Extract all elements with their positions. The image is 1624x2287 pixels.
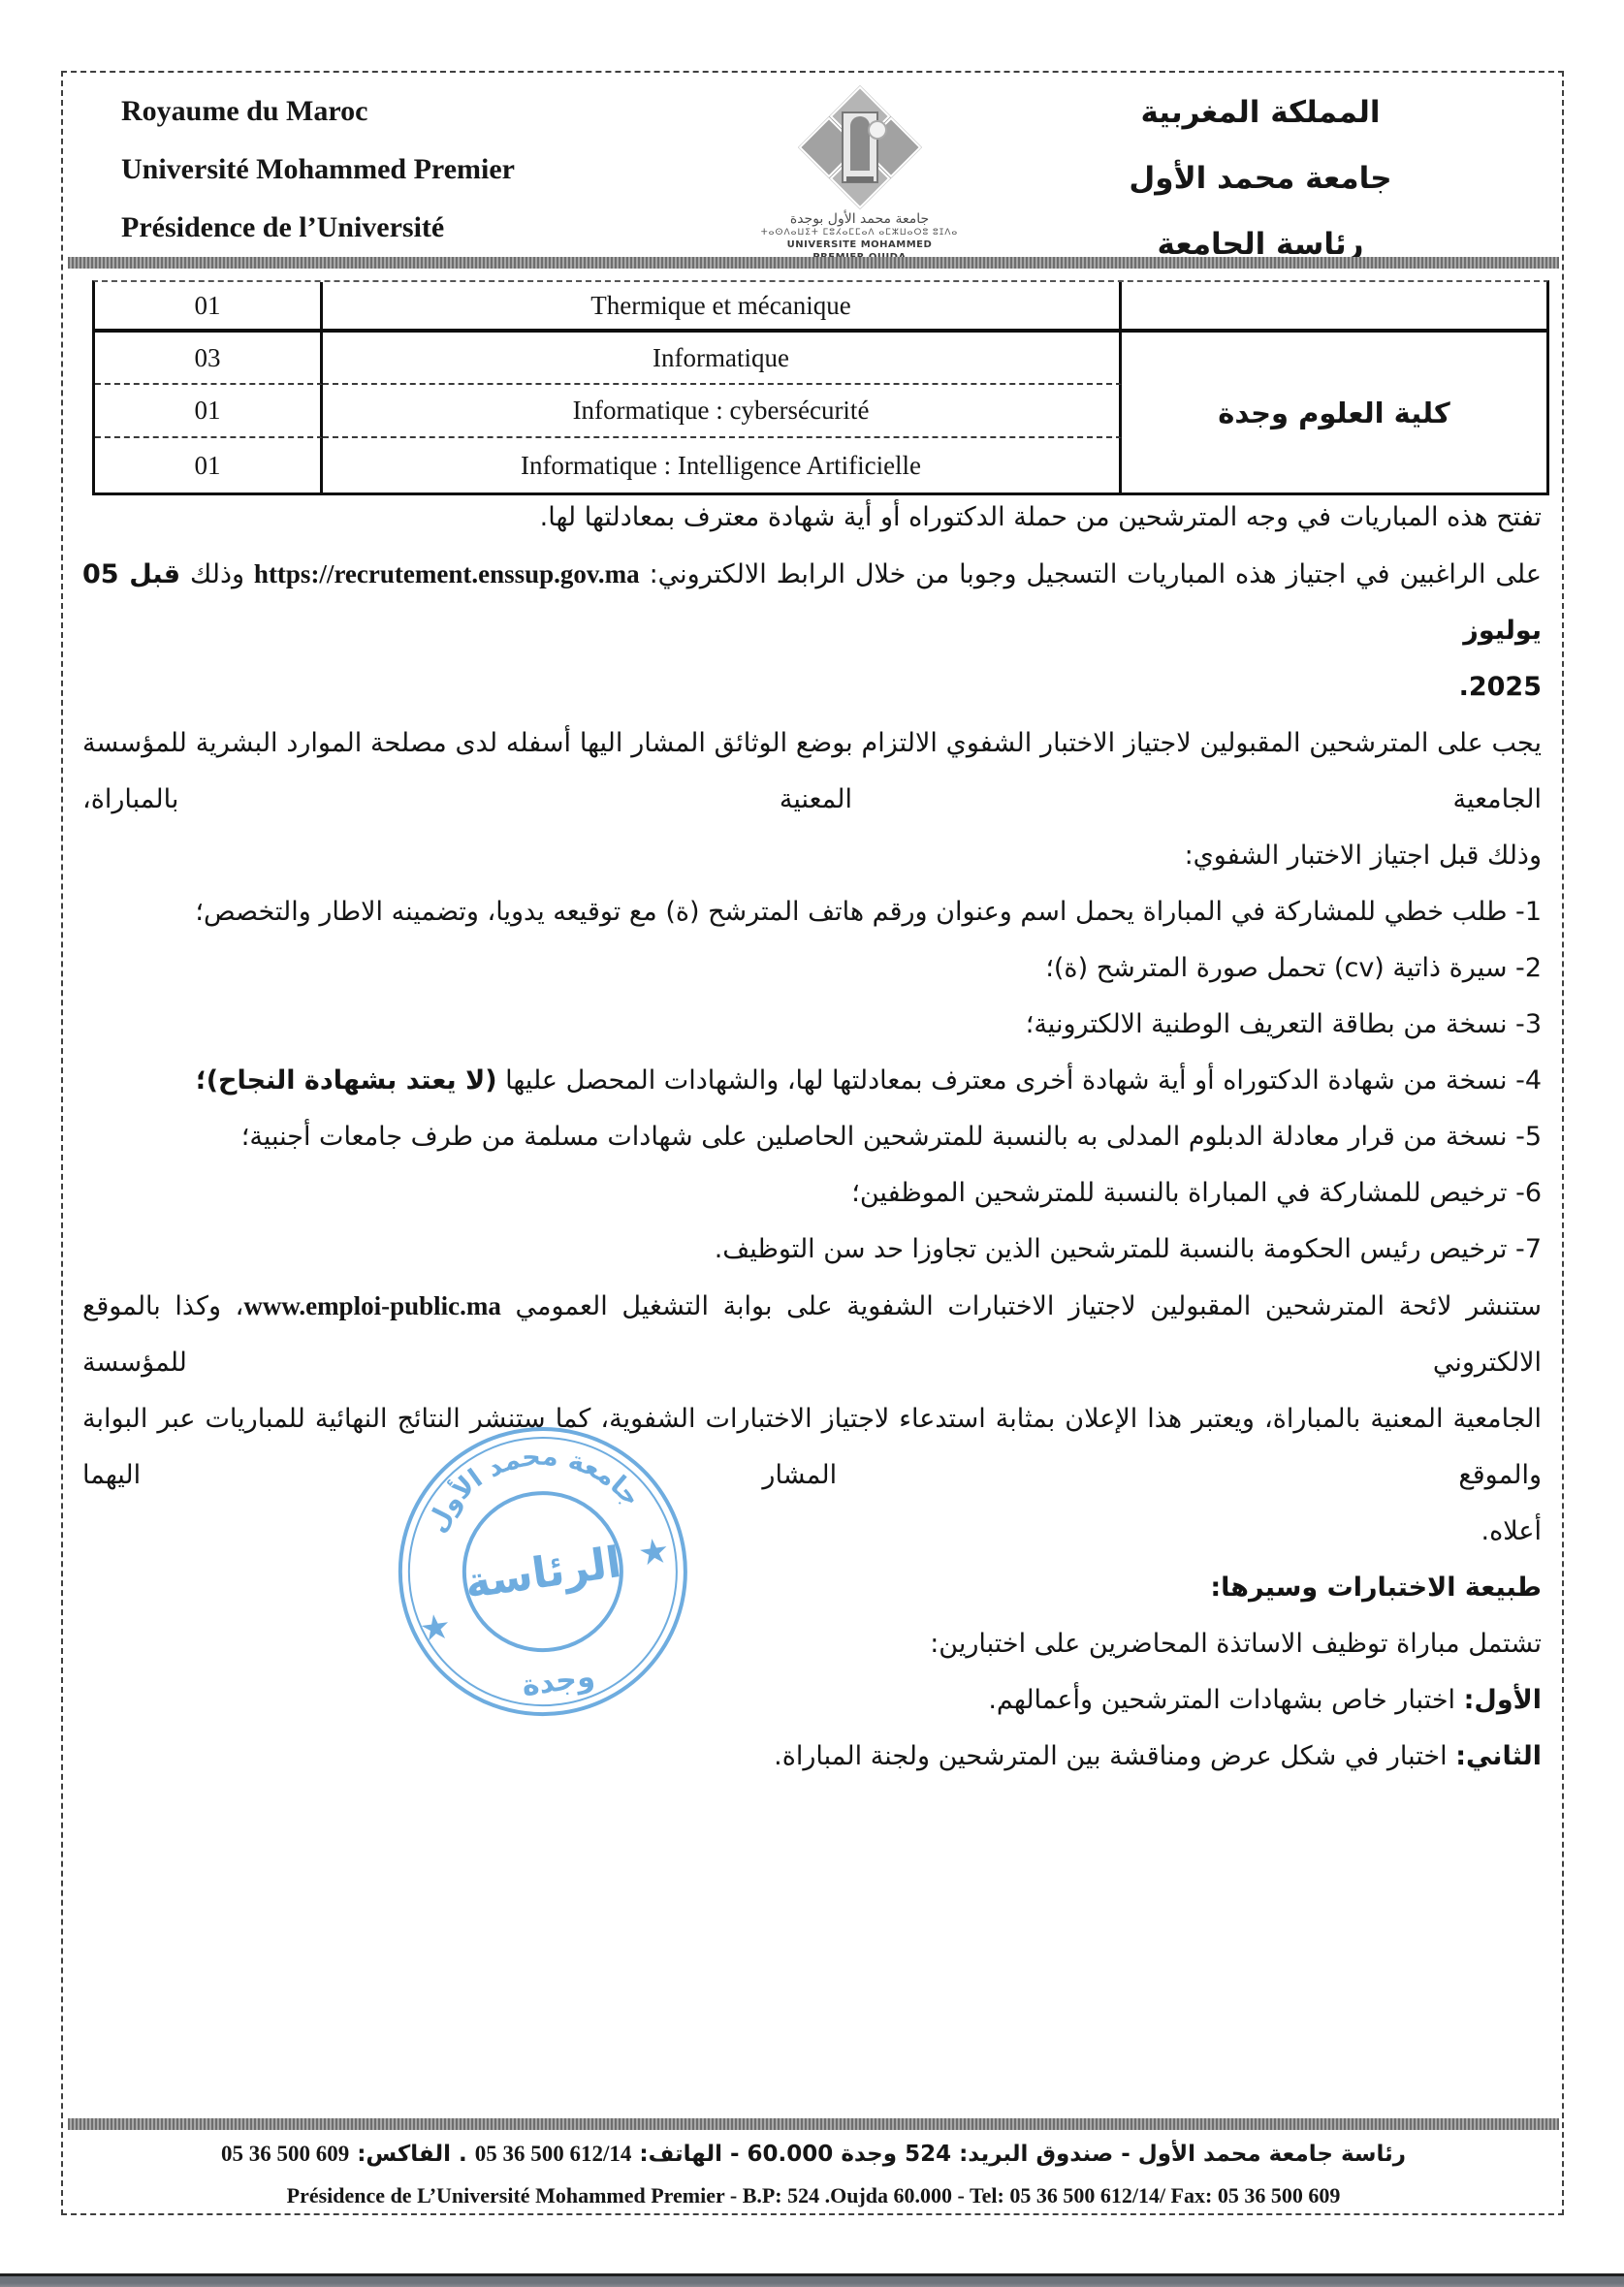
scanned-document-page: Royaume du Maroc Université Mohammed Pre… (0, 0, 1624, 2287)
header-french: Royaume du Maroc Université Mohammed Pre… (121, 82, 515, 257)
post-count: 01 (95, 438, 323, 492)
university-logo: جامعة محمد الأول بوجدة ⵜⴰⵙⴷⴰⵡⵉⵜ ⵎⵓⵃⴰⵎⵎⴰⴷ… (760, 83, 959, 264)
list-item: 3- نسخة من بطاقة التعريف الوطنية الالكتر… (82, 997, 1542, 1053)
university-emblem-icon (796, 83, 924, 211)
footer-divider-rule (68, 2118, 1559, 2130)
empty-cell (1122, 282, 1546, 333)
university-title-ar: جامعة محمد الأول (1062, 145, 1459, 211)
stamp-bottom-text: وجدة (520, 1660, 596, 1703)
item-text: 3- نسخة من بطاقة التعريف الوطنية الالكتر… (1026, 1009, 1542, 1039)
paragraph-publication-line1: ستنشر لائحة المترشحين المقبولين لاجتياز … (82, 1278, 1542, 1391)
paragraph-publication-line2: الجامعية المعنية بالمباراة، ويعتبر هذا ا… (82, 1391, 1542, 1504)
footer-french: Présidence de L’Université Mohammed Prem… (68, 2176, 1559, 2216)
paragraph-registration: على الراغبين في اجتياز هذه المباريات الت… (82, 546, 1542, 659)
round-stamp-icon: جامعة محمد الأول الرئاسة وجدة ★ ★ (375, 1398, 712, 1746)
item-text: 6- ترخيص للمشاركة في المباراة بالنسبة لل… (851, 1178, 1542, 1208)
list-item: 1- طلب خطي للمشاركة في المباراة يحمل اسم… (82, 884, 1542, 940)
registration-text: على الراغبين في اجتياز هذه المباريات الت… (640, 559, 1542, 589)
post-specialty: Informatique : Intelligence Artificielle (323, 438, 1122, 492)
header-arabic: المملكة المغربية جامعة محمد الأول رئاسة … (1062, 79, 1459, 277)
scan-edge-artifact (0, 2273, 1624, 2287)
logo-caption-arabic: جامعة محمد الأول بوجدة (760, 211, 959, 227)
stamp-star-right-icon: ★ (636, 1531, 673, 1573)
publication-url: www.emploi-public.ma (243, 1291, 501, 1320)
post-specialty: Thermique et mécanique (323, 282, 1122, 333)
stamp-top-text: جامعة محمد الأول (412, 1427, 649, 1541)
list-item: 5- نسخة من قرار معادلة الدبلوم المدلى به… (82, 1109, 1542, 1165)
item-text: 7- ترخيص رئيس الحكومة بالنسبة للمترشحين … (715, 1234, 1542, 1264)
post-specialty: Informatique : cybersécurité (323, 385, 1122, 438)
post-specialty: Informatique (323, 333, 1122, 385)
footer-fax: 05 36 500 609 (221, 2142, 349, 2166)
list-item: 7- ترخيص رئيس الحكومة بالنسبة للمترشحين … (82, 1222, 1542, 1278)
kingdom-title-fr: Royaume du Maroc (121, 82, 515, 141)
footer-arabic: رئاسة جامعة محمد الأول - صندوق البريد: 5… (68, 2133, 1559, 2176)
test-second-text: اختبار في شكل عرض ومناقشة بين المترشحين … (774, 1741, 1455, 1771)
post-count: 03 (95, 333, 323, 385)
logo-caption-tifinagh: ⵜⴰⵙⴷⴰⵡⵉⵜ ⵎⵓⵃⴰⵎⵎⴰⴷ ⴰⵎⵣⵡⴰⵔⵓ ⵓⵊⴷⴰ (760, 227, 959, 238)
svg-text:جامعة محمد الأول: جامعة محمد الأول (412, 1427, 649, 1541)
paragraph-documents-line2: وذلك قبل اجتياز الاختبار الشفوي: (82, 828, 1542, 884)
item-bold: (لا يعتد بشهادة النجاح)؛ (196, 1065, 497, 1096)
post-count: 01 (95, 282, 323, 333)
list-item: 6- ترخيص للمشاركة في المباراة بالنسبة لل… (82, 1165, 1542, 1222)
list-item: 4- نسخة من شهادة الدكتوراه أو أية شهادة … (82, 1053, 1542, 1109)
paragraph-eligibility: تفتح هذه المباريات في وجه المترشحين من ح… (82, 490, 1542, 546)
paragraph-documents-line1: يجب على المترشحين المقبولين لاجتياز الاخ… (82, 715, 1542, 828)
footer-phone: 05 36 500 612/14 (475, 2142, 632, 2166)
test-first-label: الأول: (1464, 1685, 1542, 1715)
footer-ar-text1: رئاسة جامعة محمد الأول - صندوق البريد: 5… (631, 2142, 1406, 2167)
test-second: الثاني: اختبار في شكل عرض ومناقشة بين ال… (82, 1729, 1542, 1785)
stamp-star-left-icon: ★ (417, 1606, 454, 1649)
section-heading-tests: طبيعة الاختبارات وسيرها: (82, 1560, 1542, 1616)
item-text: 4- نسخة من شهادة الدكتوراه أو أية شهادة … (497, 1065, 1542, 1096)
tests-intro: تشتمل مباراة توظيف الاساتذة المحاضرين عل… (82, 1616, 1542, 1672)
test-first-text: اختبار خاص بشهادات المترشحين وأعمالهم. (988, 1685, 1463, 1715)
paragraph-publication-line3: أعلاه. (82, 1504, 1542, 1560)
footer: رئاسة جامعة محمد الأول - صندوق البريد: 5… (68, 2133, 1559, 2216)
university-title-fr: Université Mohammed Premier (121, 141, 515, 199)
stamp-center-text: الرئاسة (462, 1538, 624, 1608)
post-count: 01 (95, 385, 323, 438)
faculty-name: كلية العلوم وجدة (1122, 333, 1546, 492)
test-first: الأول: اختبار خاص بشهادات المترشحين وأعم… (82, 1672, 1542, 1729)
announcement-body: تفتح هذه المباريات في وجه المترشحين من ح… (82, 490, 1542, 1785)
test-second-label: الثاني: (1455, 1741, 1542, 1771)
registration-text2: وذلك (180, 559, 254, 589)
item-text: 1- طلب خطي للمشاركة في المباراة يحمل اسم… (195, 897, 1542, 927)
item-text: 5- نسخة من قرار معادلة الدبلوم المدلى به… (241, 1122, 1542, 1152)
registration-url: https://recrutement.enssup.gov.ma (254, 559, 640, 588)
presidency-title-fr: Présidence de l’Université (121, 199, 515, 257)
item-text: 2- سيرة ذاتية (cv) تحمل صورة المترشح (ة)… (1045, 953, 1542, 983)
publication-text: ستنشر لائحة المترشحين المقبولين لاجتياز … (501, 1291, 1542, 1321)
kingdom-title-ar: المملكة المغربية (1062, 79, 1459, 145)
footer-ar-text2: . الفاكس: (349, 2142, 475, 2167)
deadline-year: 2025. (82, 659, 1542, 715)
header-divider-rule (68, 257, 1559, 269)
list-item: 2- سيرة ذاتية (cv) تحمل صورة المترشح (ة)… (82, 940, 1542, 997)
presidency-stamp: جامعة محمد الأول الرئاسة وجدة ★ ★ (375, 1398, 712, 1746)
posts-table: 01 Thermique et mécanique 03 Informatiqu… (92, 280, 1549, 495)
